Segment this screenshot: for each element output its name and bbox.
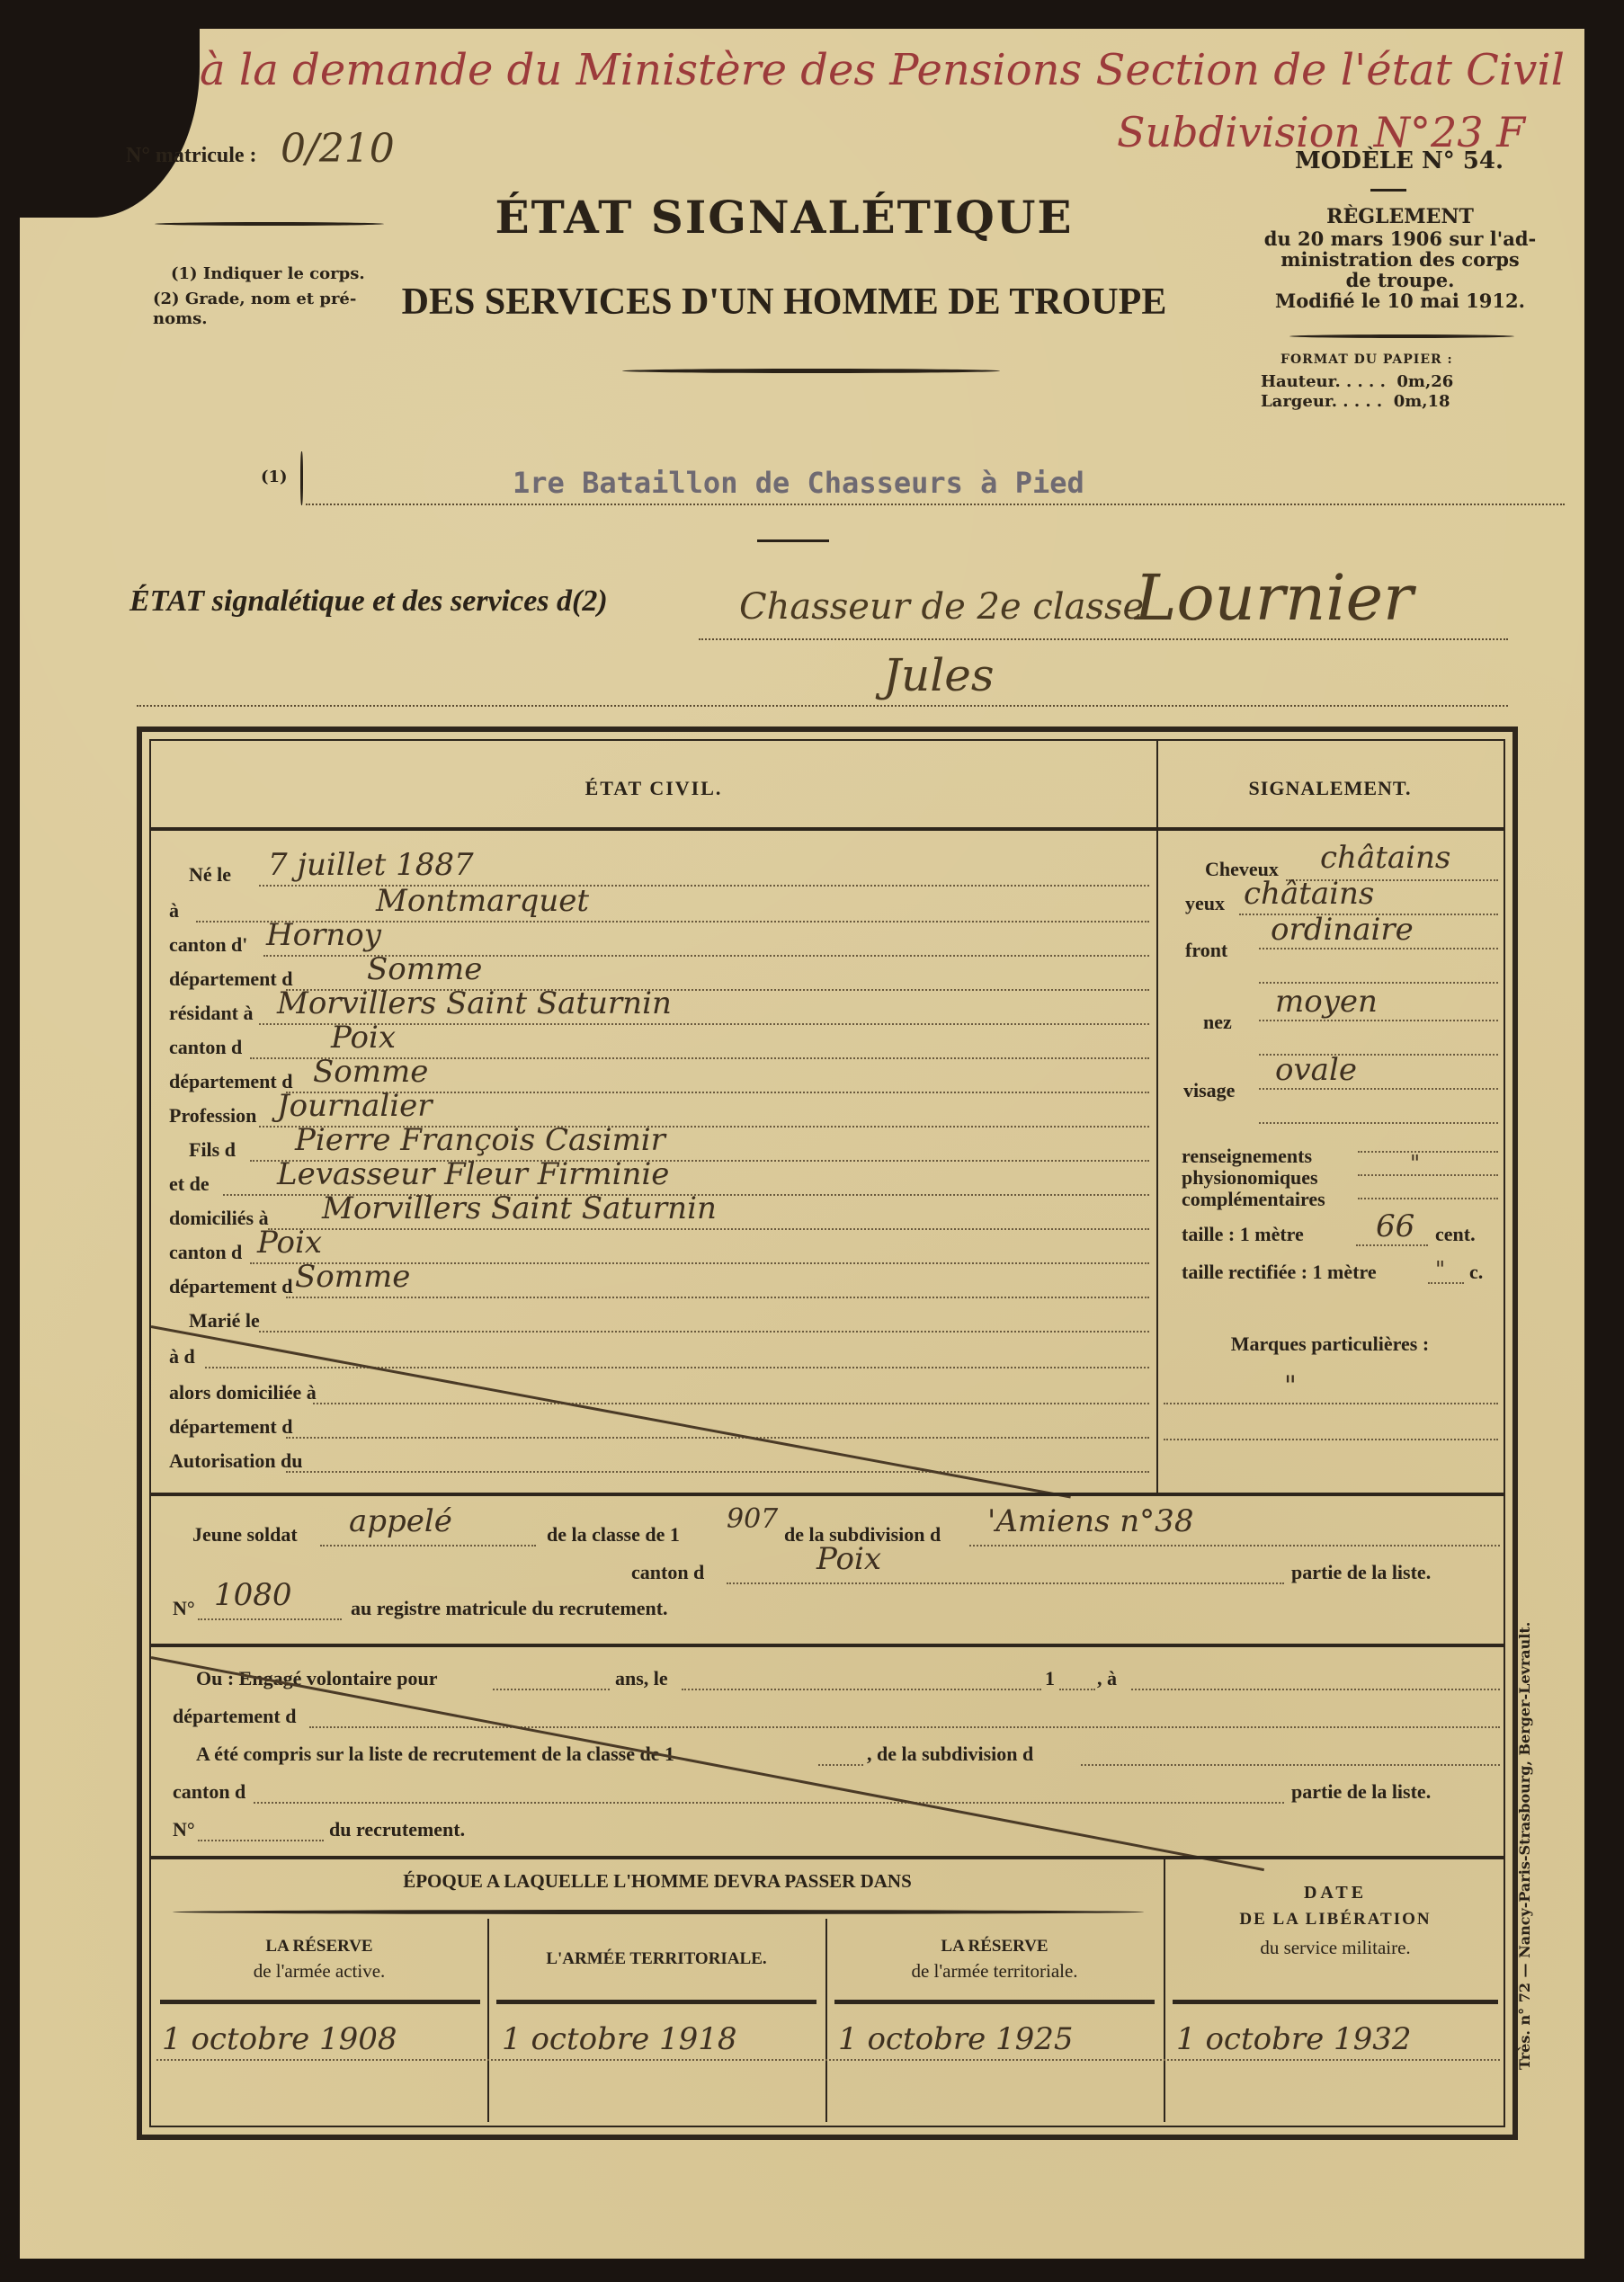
corps-field (306, 504, 1565, 505)
value-taille-rectifiee: " (1435, 1257, 1445, 1282)
value-departement: Somme (367, 951, 482, 987)
field-marques-2 (1164, 1439, 1498, 1440)
etat-civil-heading: ÉTAT CIVIL. (151, 777, 1156, 800)
field-subdivision (969, 1545, 1500, 1547)
compris-label: A été compris sur la liste de recrutemen… (196, 1743, 674, 1766)
field-a-d (205, 1367, 1149, 1368)
taille-rectifiee-label: taille rectifiée : 1 mètre (1182, 1261, 1377, 1284)
field-engage-lieu (1131, 1689, 1500, 1690)
value-departement-3: Somme (295, 1259, 410, 1295)
row-label: Autorisation du (169, 1449, 303, 1473)
field-departement-4 (286, 1437, 1149, 1439)
value-cheveux: châtains (1320, 840, 1450, 876)
matricule-label: N° matricule : (126, 144, 257, 168)
field-engage-year (1059, 1689, 1095, 1690)
reglement-text: du 20 mars 1906 sur l'ad- ministration d… (1261, 228, 1539, 311)
value-liberation: 1 octobre 1932 (1176, 2021, 1412, 2057)
value-residant: Morvillers Saint Saturnin (277, 985, 672, 1021)
row-label: département d (169, 967, 292, 991)
field-compris-classe (818, 1764, 863, 1766)
corps-stamp: 1re Bataillon de Chasseurs à Pied (513, 466, 1084, 500)
heading-rule (151, 827, 1504, 831)
row-label: Profession (169, 1104, 256, 1128)
value-renseignements: " (1410, 1151, 1420, 1176)
field-visage (1259, 1088, 1498, 1090)
col-reserve-active-title: LA RÉSERVE (151, 1937, 487, 1957)
engage-year-prefix: 1 (1045, 1667, 1055, 1690)
field-taille-rectifiee (1428, 1282, 1464, 1284)
value-mere: Levasseur Fleur Firminie (277, 1156, 669, 1192)
epoque-heading: ÉPOQUE A LAQUELLE L'HOMME DEVRA PASSER D… (151, 1870, 1164, 1893)
row-label: nez (1203, 1011, 1232, 1034)
annotation-line-1: à la demande du Ministère des Pensions S… (200, 45, 1565, 95)
field-visage-2 (1259, 1122, 1498, 1124)
section-rule-1 (151, 1493, 1504, 1496)
row-label: à (169, 899, 179, 923)
corps-brace (300, 451, 303, 505)
taille-label: taille : 1 mètre (1182, 1223, 1304, 1246)
canton-label: canton d (631, 1561, 704, 1584)
engage-numero-label: N° (173, 1818, 195, 1841)
reglement-ornament (1289, 334, 1514, 338)
row-label: alors domiciliée à (169, 1381, 317, 1404)
field-dates (156, 2059, 1500, 2061)
rule-col-2 (496, 2000, 816, 2004)
col-reserve-territoriale-sub: de l'armée territoriale. (825, 1960, 1164, 1983)
row-label: visage (1183, 1079, 1235, 1102)
field-marques (1164, 1403, 1498, 1404)
col-reserve-active-sub: de l'armée active. (151, 1960, 487, 1983)
col-territoriale-title: L'ARMÉE TERRITORIALE. (487, 1949, 825, 1969)
classe-label: de la classe de 1 (547, 1523, 680, 1547)
row-label: canton d (169, 1036, 242, 1059)
section-rule-2 (151, 1644, 1504, 1647)
row-label: Marié le (189, 1309, 260, 1333)
field-canton-recrutement (727, 1582, 1284, 1584)
torn-corner (20, 29, 200, 218)
field-jeune-soldat (320, 1545, 536, 1547)
value-departement-2: Somme (313, 1054, 428, 1090)
jeune-soldat-label: Jeune soldat (192, 1523, 298, 1547)
value-yeux: châtains (1244, 876, 1374, 912)
field-front (1259, 948, 1498, 949)
value-territoriale: 1 octobre 1918 (502, 2021, 737, 2057)
matricule-value: 0/210 (281, 126, 395, 172)
modele-divider (1370, 189, 1406, 192)
value-subdivision: 'Amiens n°38 (987, 1503, 1193, 1539)
document-page: à la demande du Ministère des Pensions S… (20, 29, 1584, 2259)
modele-number: MODÈLE N° 54. (1295, 147, 1504, 174)
value-profession: Journalier (277, 1088, 433, 1124)
identity-label: ÉTAT signalétique et des services d(2) (129, 584, 608, 619)
liberation-title-2: DE LA LIBÉRATION (1164, 1910, 1507, 1930)
engage-canton-label: canton d (173, 1780, 245, 1804)
value-taille: 66 (1376, 1208, 1414, 1244)
value-domicilies: Morvillers Saint Saturnin (322, 1190, 717, 1226)
row-label: département d (169, 1415, 292, 1439)
liberation-sub: du service militaire. (1164, 1937, 1507, 1959)
corps-marker: (1) (261, 468, 288, 486)
row-label: département d (169, 1275, 292, 1298)
partie-liste-label: partie de la liste. (1291, 1561, 1431, 1584)
rule-col-3 (834, 2000, 1155, 2004)
identity-prenom: Jules (883, 649, 995, 701)
value-canton: Hornoy (266, 917, 381, 953)
field-compris-subdivision (1081, 1764, 1500, 1766)
field-taille (1356, 1244, 1428, 1246)
field-renseignements-2 (1358, 1174, 1498, 1176)
col-reserve-territoriale-title: LA RÉSERVE (825, 1937, 1164, 1957)
taille-unit: cent. (1435, 1223, 1476, 1246)
identity-field-1 (699, 638, 1508, 640)
value-lieu: Montmarquet (376, 883, 589, 919)
renseignements-label: renseignements physionomiques complément… (1182, 1145, 1325, 1210)
value-canton-2: Poix (331, 1020, 396, 1056)
value-visage: ovale (1275, 1052, 1357, 1088)
corps-divider (757, 539, 829, 542)
value-pere: Pierre François Casimir (295, 1122, 665, 1158)
value-numero: 1080 (214, 1577, 292, 1613)
field-marie (259, 1331, 1149, 1333)
field-numero (198, 1618, 342, 1620)
value-front: ordinaire (1271, 912, 1414, 948)
field-departement-3 (286, 1297, 1149, 1298)
field-nez (1259, 1020, 1498, 1021)
registre-label: au registre matricule du recrutement. (351, 1597, 668, 1620)
marques-label: Marques particulières : (1156, 1333, 1504, 1356)
engage-le-label: ans, le (615, 1667, 668, 1690)
field-renseignements-3 (1358, 1198, 1498, 1199)
row-label: Né le (189, 863, 231, 887)
row-label: yeux (1185, 892, 1225, 915)
value-ne-le: 7 juillet 1887 (268, 847, 474, 883)
row-label: canton d (169, 1241, 242, 1264)
field-alors-domiciliee (313, 1403, 1149, 1404)
col-divider (1156, 741, 1158, 1493)
value-nez: moyen (1275, 984, 1378, 1020)
epoque-brace (173, 1910, 1144, 1914)
row-label: front (1185, 939, 1227, 962)
value-reserve-territoriale: 1 octobre 1925 (838, 2021, 1074, 2057)
format-title: FORMAT DU PAPIER : (1280, 352, 1453, 367)
row-label: résidant à (169, 1002, 254, 1025)
field-engage-numero (198, 1840, 324, 1841)
value-reserve-active: 1 octobre 1908 (162, 2021, 397, 2057)
value-canton-3: Poix (257, 1225, 322, 1261)
field-engage-canton (254, 1802, 1284, 1804)
row-label: et de (169, 1172, 210, 1196)
engage-recrutement-label: du recrutement. (329, 1818, 465, 1841)
taille-rectifiee-unit: c. (1469, 1261, 1483, 1284)
field-engage-ans (493, 1689, 610, 1690)
format-largeur: Largeur. . . . . 0m,18 (1261, 392, 1450, 411)
field-domicilies (268, 1228, 1149, 1230)
rule-col-1 (160, 2000, 480, 2004)
numero-label: N° (173, 1597, 195, 1620)
engage-label: Ou : Engagé volontaire pour (196, 1667, 438, 1690)
engage-partie-label: partie de la liste. (1291, 1780, 1431, 1804)
row-label: à d (169, 1345, 195, 1368)
reglement-title: RÈGLEMENT (1261, 205, 1539, 228)
value-classe: 907 (727, 1503, 778, 1535)
liberation-title-1: DATE (1164, 1883, 1507, 1903)
row-label: Fils d (189, 1138, 236, 1162)
form-table-inner: ÉTAT CIVIL. SIGNALEMENT. Né le 7 juillet… (149, 739, 1505, 2127)
value-canton-recrutement: Poix (816, 1541, 881, 1577)
field-engage-date (682, 1689, 1041, 1690)
identity-grade: Chasseur de 2e classe (739, 586, 1144, 628)
identity-field-2 (137, 705, 1508, 707)
rule-col-4 (1173, 2000, 1498, 2004)
form-table: ÉTAT CIVIL. SIGNALEMENT. Né le 7 juillet… (137, 726, 1518, 2140)
value-marques: " (1284, 1370, 1297, 1402)
signalement-heading: SIGNALEMENT. (1156, 777, 1504, 800)
format-hauteur: Hauteur. . . . . 0m,26 (1261, 372, 1453, 391)
engage-a-label: , à (1097, 1667, 1117, 1690)
field-engage-departement (309, 1726, 1500, 1728)
title-ornament (622, 369, 1000, 373)
row-label: domiciliés à (169, 1207, 269, 1230)
printer-imprint: Très. n° 72 — Nancy-Paris-Strasbourg, Be… (1516, 1622, 1533, 2070)
section-rule-3 (151, 1856, 1504, 1859)
value-jeune-soldat: appelé (349, 1503, 452, 1539)
row-label: canton d' (169, 933, 247, 957)
identity-nom: Lournier (1135, 561, 1414, 635)
row-label: département d (169, 1070, 292, 1093)
field-renseignements-1 (1358, 1151, 1498, 1153)
field-autorisation (286, 1471, 1149, 1473)
engage-departement-label: département d (173, 1705, 296, 1728)
compris-subdivision-label: , de la subdivision d (867, 1743, 1033, 1766)
